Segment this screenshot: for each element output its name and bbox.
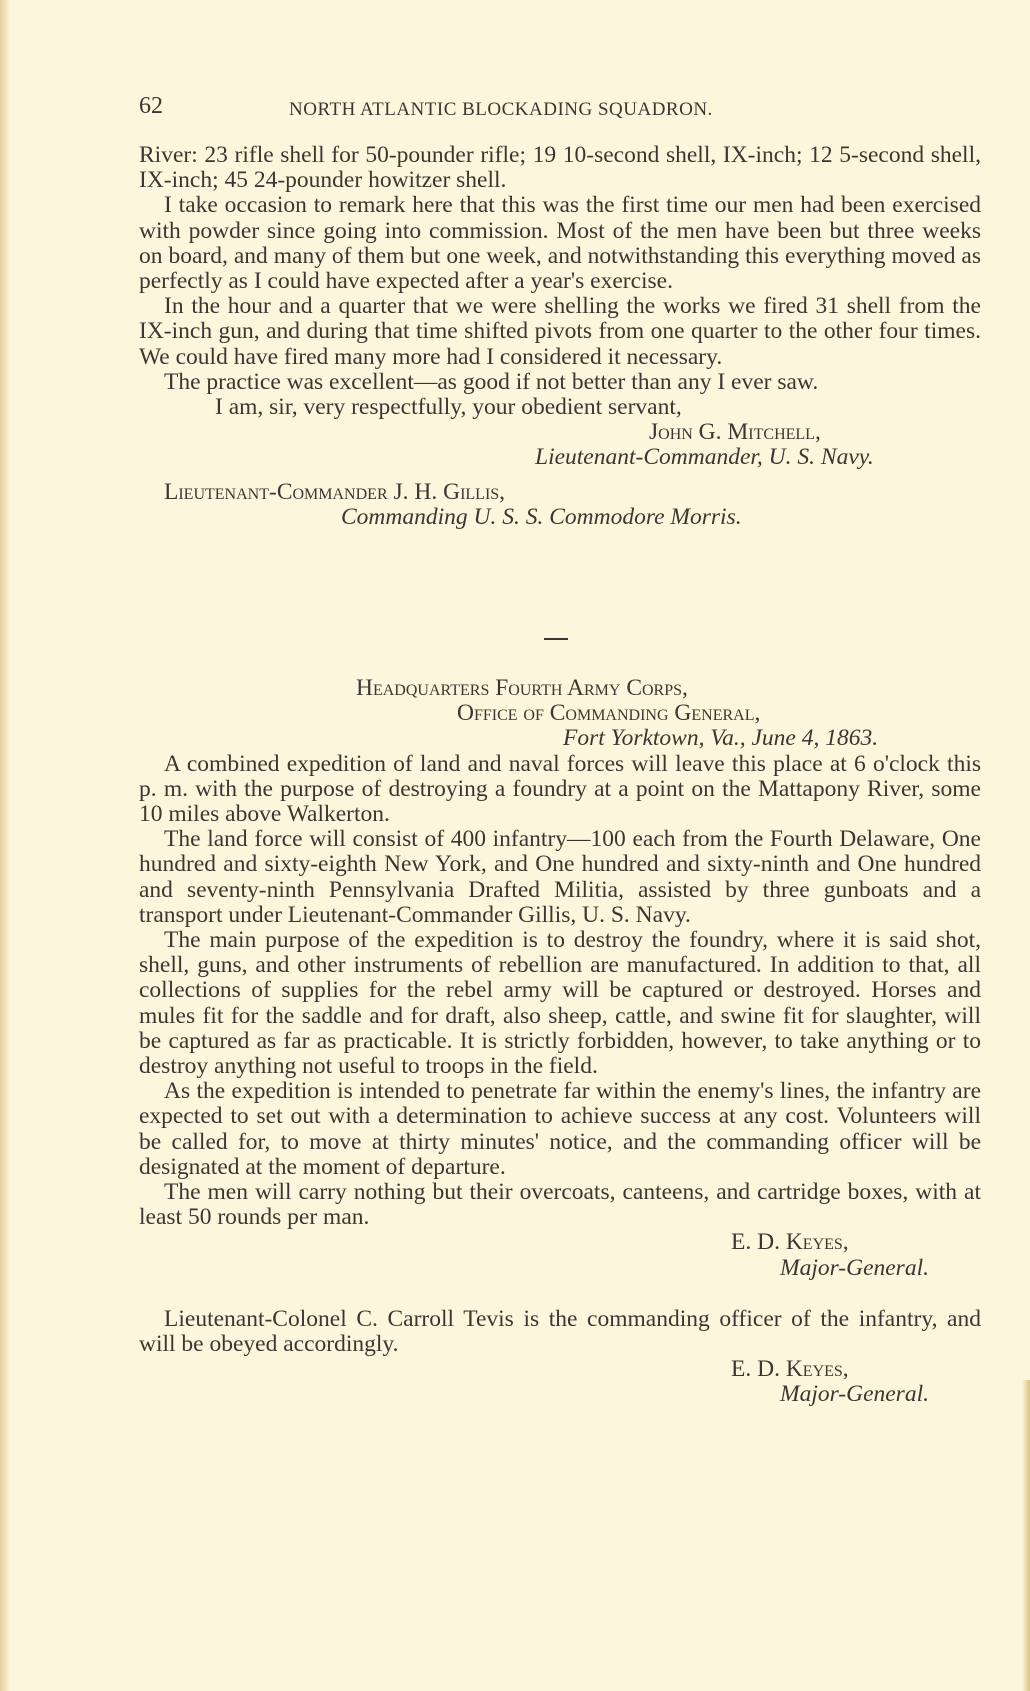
section-divider xyxy=(544,638,568,640)
paragraph: A combined expedition of land and naval … xyxy=(139,752,981,828)
signature-title: Major-General. xyxy=(139,1382,981,1407)
signature-name: E. D. Keyes, xyxy=(139,1357,981,1382)
signature-title: Lieutenant-Commander, U. S. Navy. xyxy=(139,445,981,470)
paragraph: The men will carry nothing but their ove… xyxy=(139,1180,981,1230)
addressee-title: Commanding U. S. S. Commodore Morris. xyxy=(139,505,981,530)
letter-1: River: 23 rifle shell for 50-pounder rif… xyxy=(139,143,981,530)
postscript: Lieutenant-Colonel C. Carroll Tevis is t… xyxy=(139,1307,981,1357)
page-edge-shadow xyxy=(0,0,10,1691)
heading-line: Headquarters Fourth Army Corps, xyxy=(139,676,981,701)
page-edge-shadow-right xyxy=(1022,1380,1030,1691)
continuation-paragraph: River: 23 rifle shell for 50-pounder rif… xyxy=(139,143,981,193)
paragraph: As the expedition is intended to penetra… xyxy=(139,1079,981,1180)
page-number: 62 xyxy=(139,94,163,119)
heading-line: Office of Commanding General, xyxy=(139,701,981,726)
dateline: Fort Yorktown, Va., June 4, 1863. xyxy=(139,726,981,751)
signature-name: John G. Mitchell, xyxy=(139,420,981,445)
signature-name: E. D. Keyes, xyxy=(139,1230,981,1255)
paragraph: I take occasion to remark here that this… xyxy=(139,193,981,294)
letter-2: Headquarters Fourth Army Corps, Office o… xyxy=(139,676,981,1408)
closing-line: I am, sir, very respectfully, your obedi… xyxy=(139,395,981,420)
addressee-name: Lieutenant-Commander J. H. Gillis, xyxy=(139,480,981,505)
running-title: NORTH ATLANTIC BLOCKADING SQUADRON. xyxy=(289,97,713,122)
paragraph: In the hour and a quarter that we were s… xyxy=(139,294,981,370)
paragraph: The land force will consist of 400 infan… xyxy=(139,827,981,928)
paragraph: The practice was excellent—as good if no… xyxy=(139,370,981,395)
paragraph: The main purpose of the expedition is to… xyxy=(139,928,981,1079)
signature-title: Major-General. xyxy=(139,1256,981,1281)
